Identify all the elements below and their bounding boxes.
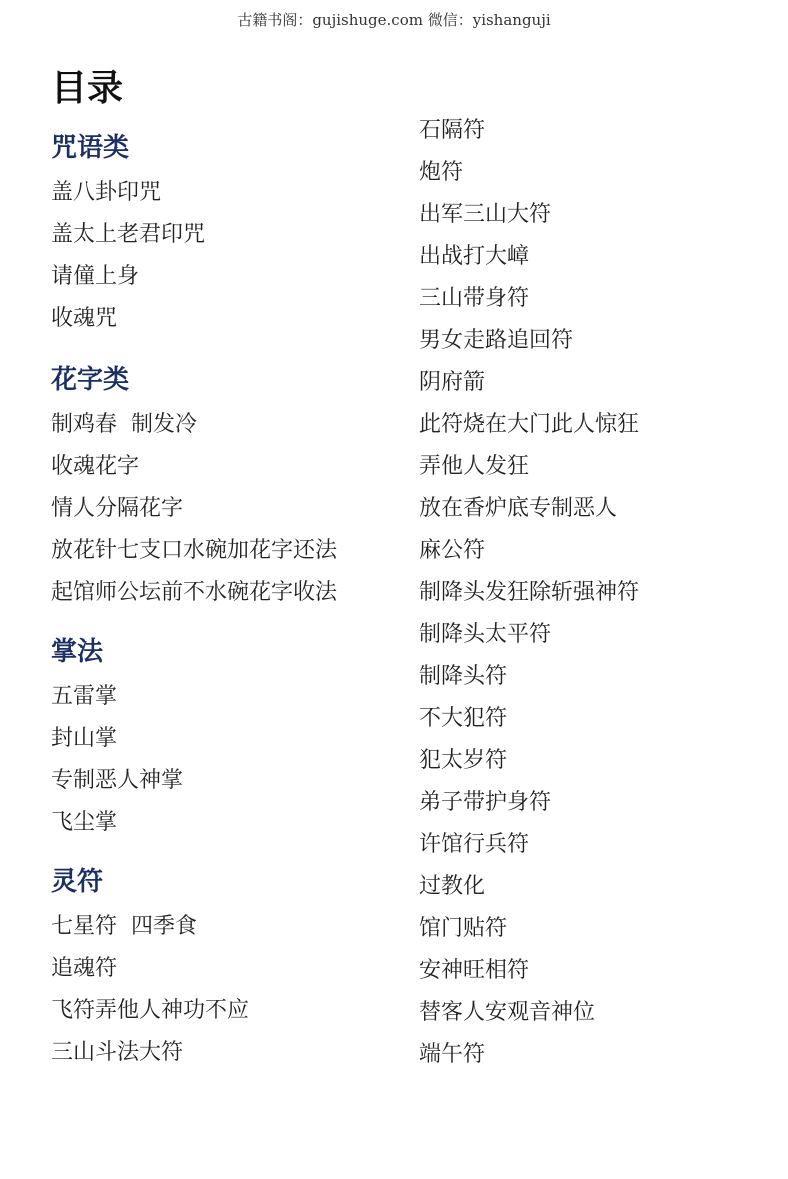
toc-entry[interactable]: 三山带身符 — [419, 278, 759, 320]
toc-entry[interactable]: 弟子带护身符 — [419, 782, 759, 824]
toc-entry[interactable]: 此符烧在大门此人惊狂 — [419, 404, 759, 446]
toc-entry[interactable]: 飞尘掌 — [51, 802, 391, 844]
toc-entry[interactable]: 三山斗法大符 — [51, 1032, 391, 1074]
toc-entry[interactable]: 放花针七支口水碗加花字还法 — [51, 530, 391, 572]
toc-entry[interactable]: 请僮上身 — [51, 256, 391, 298]
section-heading: 咒语类 — [51, 130, 391, 166]
toc-entry[interactable]: 制降头太平符 — [419, 614, 759, 656]
toc-entry[interactable]: 男女走路追回符 — [419, 320, 759, 362]
toc-entry[interactable]: 弄他人发狂 — [419, 446, 759, 488]
toc-entry[interactable]: 盖八卦印咒 — [51, 172, 391, 214]
toc-entry[interactable]: 制鸡春 制发冷 — [51, 404, 391, 446]
section-heading: 掌法 — [51, 634, 391, 670]
toc-entry[interactable]: 五雷掌 — [51, 676, 391, 718]
page-title: 目录 — [51, 60, 123, 111]
toc-entry[interactable]: 封山掌 — [51, 718, 391, 760]
section-heading: 花字类 — [51, 362, 391, 398]
toc-entry[interactable]: 馆门贴符 — [419, 908, 759, 950]
toc-entry[interactable]: 阴府箭 — [419, 362, 759, 404]
toc-entry[interactable]: 许馆行兵符 — [419, 824, 759, 866]
toc-section-flower-script: 花字类 制鸡春 制发冷 收魂花字 情人分隔花字 放花针七支口水碗加花字还法 起馆… — [51, 362, 391, 614]
toc-entry[interactable]: 制降头符 — [419, 656, 759, 698]
toc-entry[interactable]: 出军三山大符 — [419, 194, 759, 236]
toc-entry[interactable]: 追魂符 — [51, 948, 391, 990]
toc-entry[interactable]: 麻公符 — [419, 530, 759, 572]
toc-entry[interactable]: 起馆师公坛前不水碗花字收法 — [51, 572, 391, 614]
toc-entry[interactable]: 犯太岁符 — [419, 740, 759, 782]
section-heading: 灵符 — [51, 864, 391, 900]
toc-entry[interactable]: 安神旺相符 — [419, 950, 759, 992]
toc-entry[interactable]: 替客人安观音神位 — [419, 992, 759, 1034]
toc-entry[interactable]: 石隔符 — [419, 110, 759, 152]
toc-entry[interactable]: 专制恶人神掌 — [51, 760, 391, 802]
toc-left-column: 咒语类 盖八卦印咒 盖太上老君印咒 请僮上身 收魂咒 花字类 制鸡春 制发冷 收… — [51, 130, 391, 1094]
toc-entry[interactable]: 飞符弄他人神功不应 — [51, 990, 391, 1032]
toc-entry[interactable]: 放在香炉底专制恶人 — [419, 488, 759, 530]
toc-section-palm-techniques: 掌法 五雷掌 封山掌 专制恶人神掌 飞尘掌 — [51, 634, 391, 844]
toc-entry[interactable]: 过教化 — [419, 866, 759, 908]
toc-entry[interactable]: 情人分隔花字 — [51, 488, 391, 530]
toc-entry[interactable]: 制降头发狂除斩强神符 — [419, 572, 759, 614]
watermark: 古籍书阁：gujishuge.com 微信：yishanguji — [0, 9, 788, 30]
toc-section-spells: 咒语类 盖八卦印咒 盖太上老君印咒 请僮上身 收魂咒 — [51, 130, 391, 340]
toc-entry[interactable]: 七星符 四季食 — [51, 906, 391, 948]
toc-entry[interactable]: 收魂咒 — [51, 298, 391, 340]
toc-entry[interactable]: 端午符 — [419, 1034, 759, 1076]
toc-section-talismans: 灵符 七星符 四季食 追魂符 飞符弄他人神功不应 三山斗法大符 — [51, 864, 391, 1074]
toc-entry[interactable]: 盖太上老君印咒 — [51, 214, 391, 256]
toc-right-column: 石隔符 炮符 出军三山大符 出战打大嶂 三山带身符 男女走路追回符 阴府箭 此符… — [419, 110, 759, 1076]
toc-entry[interactable]: 炮符 — [419, 152, 759, 194]
toc-entry[interactable]: 不大犯符 — [419, 698, 759, 740]
toc-entry[interactable]: 收魂花字 — [51, 446, 391, 488]
toc-entry[interactable]: 出战打大嶂 — [419, 236, 759, 278]
